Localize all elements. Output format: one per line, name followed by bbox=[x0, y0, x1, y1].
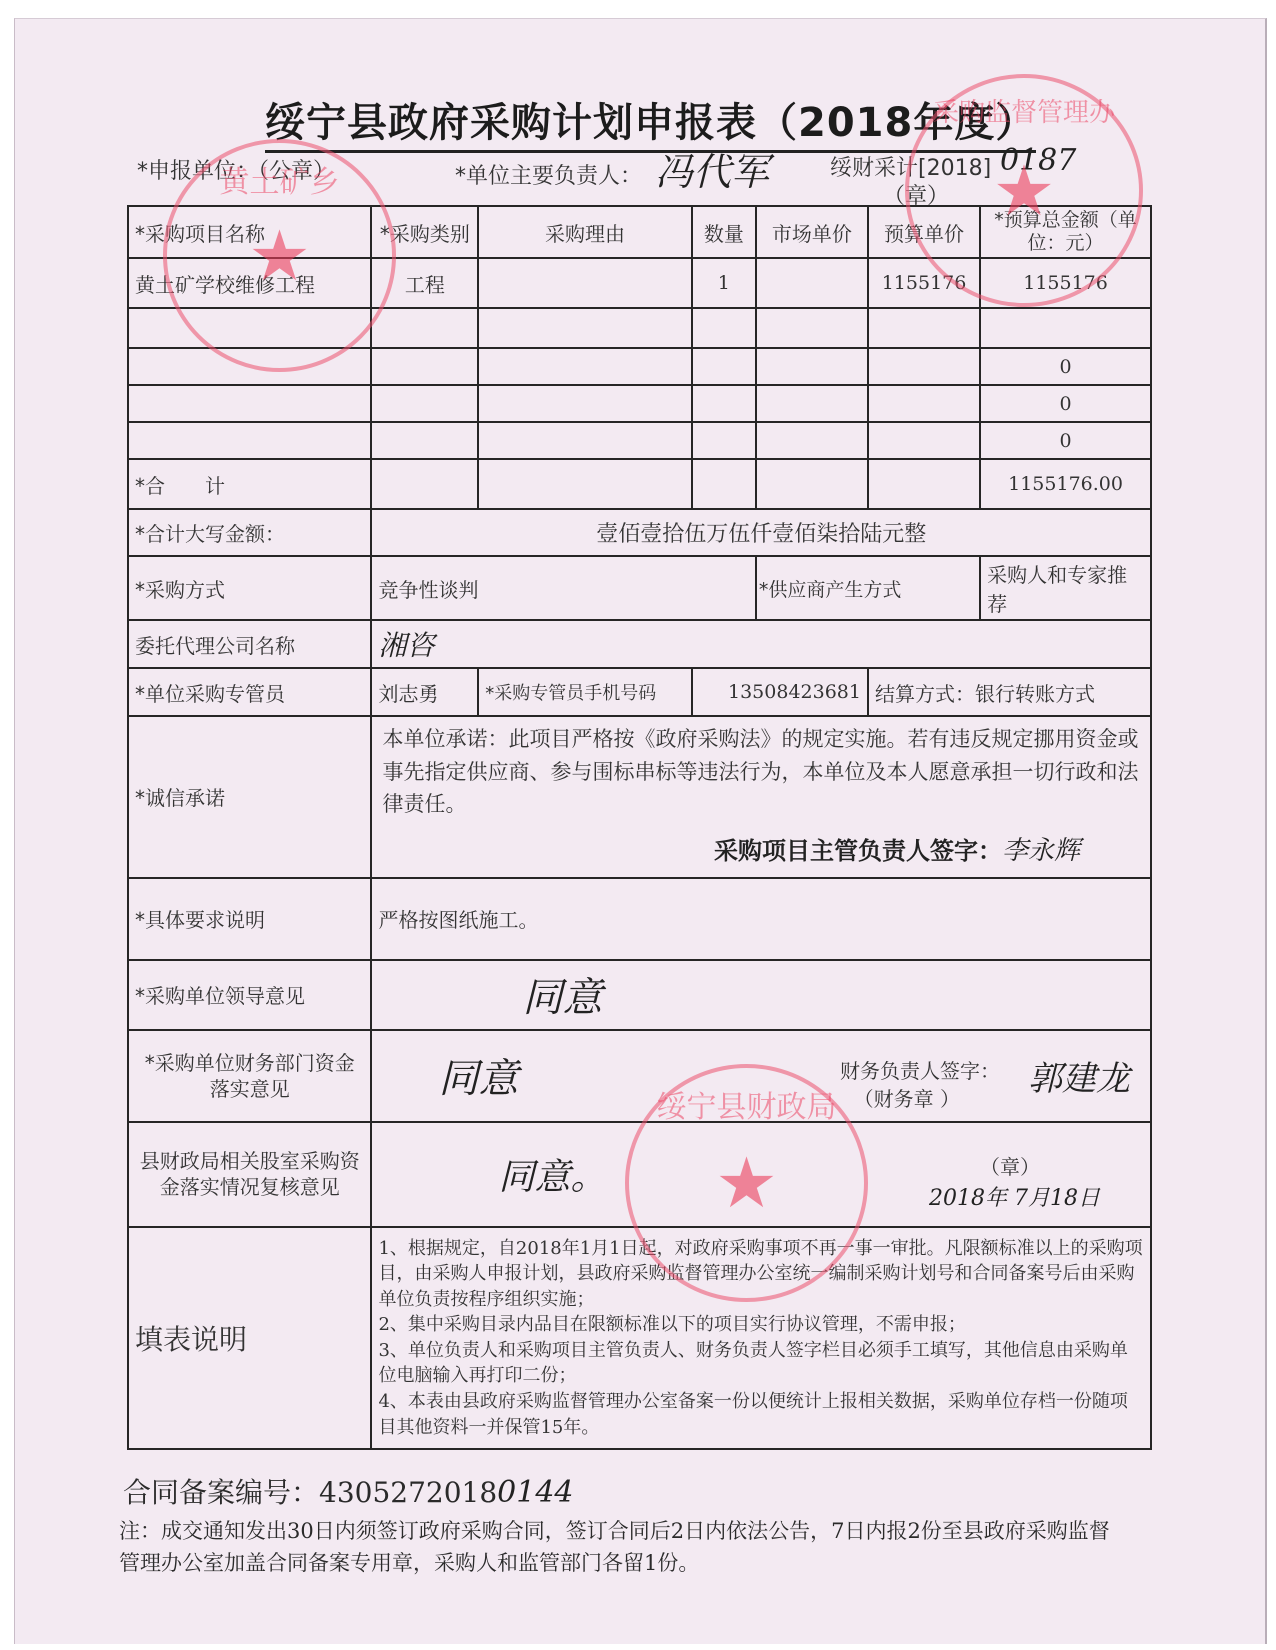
agency-value: 湘咨 bbox=[371, 620, 1151, 668]
officer-phone: 13508423681 bbox=[692, 668, 868, 716]
settlement-method: 结算方式：银行转账方式 bbox=[868, 668, 1151, 716]
total-label: *合 计 bbox=[128, 459, 371, 509]
integrity-label: *诚信承诺 bbox=[128, 716, 371, 878]
item-quantity: 1 bbox=[692, 258, 756, 308]
supplier-method-value: 采购人和专家推荐 bbox=[980, 556, 1151, 620]
item-category bbox=[371, 385, 478, 422]
finance-opinion-label: *采购单位财务部门资金落实意见 bbox=[128, 1030, 371, 1122]
total-in-words-label: *合计大写金额： bbox=[128, 509, 371, 556]
table-row: 0 bbox=[128, 348, 1151, 385]
table-row bbox=[128, 308, 1151, 348]
document-title: 绥宁县政府采购计划申报表（2018年度） bbox=[265, 91, 1036, 153]
contract-no-handwritten: 0144 bbox=[497, 1475, 573, 1510]
item-budget-total: 1155176 bbox=[980, 258, 1151, 308]
table-row: 0 bbox=[128, 385, 1151, 422]
leader-opinion-row: *采购单位领导意见 同意 bbox=[128, 960, 1151, 1030]
bureau-opinion: 同意。 bbox=[378, 1157, 606, 1198]
header-quantity: 数量 bbox=[692, 206, 756, 258]
finance-stamp-label: （财务章 ） bbox=[854, 1083, 960, 1112]
item-budget-price bbox=[868, 385, 980, 422]
footer-note: 注：成交通知发出30日内须签订政府采购合同，签订合同后2日内依法公告，7日内报2… bbox=[119, 1516, 1129, 1579]
item-name bbox=[128, 308, 371, 348]
plan-number-prefix: 绥财采计[2018] bbox=[830, 151, 991, 182]
plan-number-handwritten: 0187 bbox=[1000, 143, 1076, 178]
item-budget-total: 0 bbox=[980, 385, 1151, 422]
item-budget-price bbox=[868, 348, 980, 385]
instruction-item: 2、集中采购目录内品目在限额标准以下的项目实行协议管理，不需申报； bbox=[378, 1312, 1144, 1338]
total-value: 1155176.00 bbox=[980, 459, 1151, 509]
instruction-item: 4、本表由县政府采购监督管理办公室备案一份以便统计上报相关数据，采购单位存档一份… bbox=[378, 1389, 1144, 1440]
item-market-price bbox=[756, 258, 868, 308]
contract-no-label: 合同备案编号： bbox=[123, 1476, 319, 1509]
instruction-item: 1、根据规定，自2018年1月1日起，对政府采购事项不再一事一审批。凡限额标准以… bbox=[378, 1236, 1144, 1313]
integrity-signature: 李永辉 bbox=[1002, 836, 1080, 866]
instructions-label: 填表说明 bbox=[128, 1227, 371, 1449]
integrity-text: 本单位承诺：此项目严格按《政府采购法》的规定实施。若有违反规定挪用资金或事先指定… bbox=[382, 723, 1140, 821]
finance-opinion: 同意 bbox=[378, 1056, 518, 1102]
item-quantity bbox=[692, 385, 756, 422]
requirements-row: *具体要求说明 严格按图纸施工。 bbox=[128, 878, 1151, 960]
procurement-form-table: *采购项目名称 *采购类别 采购理由 数量 市场单价 预算单价 *预算总金额（单… bbox=[127, 205, 1152, 1450]
procurement-method-label: *采购方式 bbox=[128, 556, 371, 620]
finance-signature: 郭建龙 bbox=[1028, 1051, 1130, 1100]
table-row: 0 bbox=[128, 422, 1151, 459]
item-reason bbox=[478, 422, 692, 459]
bureau-stamp-label: （章） bbox=[980, 1151, 1040, 1180]
item-market-price bbox=[756, 308, 868, 348]
finance-opinion-row: *采购单位财务部门资金落实意见 同意 财务负责人签字： （财务章 ） 郭建龙 bbox=[128, 1030, 1151, 1122]
item-budget-price: 1155176 bbox=[868, 258, 980, 308]
officer-phone-label: *采购专管员手机号码 bbox=[478, 668, 692, 716]
item-quantity bbox=[692, 348, 756, 385]
item-market-price bbox=[756, 348, 868, 385]
contract-number-line: 合同备案编号：43052720180144 bbox=[123, 1471, 574, 1511]
total-in-words-row: *合计大写金额： 壹佰壹拾伍万伍仟壹佰柒拾陆元整 bbox=[128, 509, 1151, 556]
bureau-opinion-row: 县财政局相关股室采购资金落实情况复核意见 同意。 （章） 2018年 7月18日 bbox=[128, 1122, 1151, 1227]
item-reason bbox=[478, 385, 692, 422]
officer-row: *单位采购专管员 刘志勇 *采购专管员手机号码 13508423681 结算方式… bbox=[128, 668, 1151, 716]
item-name: 黄土矿学校维修工程 bbox=[128, 258, 371, 308]
leader-opinion-label: *采购单位领导意见 bbox=[128, 960, 371, 1030]
header-market-price: 市场单价 bbox=[756, 206, 868, 258]
item-name bbox=[128, 385, 371, 422]
integrity-cell: 本单位承诺：此项目严格按《政府采购法》的规定实施。若有违反规定挪用资金或事先指定… bbox=[371, 716, 1151, 878]
officer-label: *单位采购专管员 bbox=[128, 668, 371, 716]
supplier-method-label: *供应商产生方式 bbox=[756, 556, 980, 620]
item-budget-price bbox=[868, 422, 980, 459]
procurement-method-value: 竞争性谈判 bbox=[371, 556, 755, 620]
integrity-row: *诚信承诺 本单位承诺：此项目严格按《政府采购法》的规定实施。若有违反规定挪用资… bbox=[128, 716, 1151, 878]
header-budget-total: *预算总金额（单位：元） bbox=[980, 206, 1151, 258]
item-name bbox=[128, 422, 371, 459]
finance-opinion-cell: 同意 财务负责人签字： （财务章 ） 郭建龙 bbox=[371, 1030, 1151, 1122]
integrity-sign-line: 采购项目主管负责人签字：李永辉 bbox=[382, 831, 1140, 871]
procurement-method-row: *采购方式 竞争性谈判 *供应商产生方式 采购人和专家推荐 bbox=[128, 556, 1151, 620]
header-reason: 采购理由 bbox=[478, 206, 692, 258]
item-name bbox=[128, 348, 371, 385]
item-market-price bbox=[756, 385, 868, 422]
officer-name: 刘志勇 bbox=[371, 668, 478, 716]
finance-sign-label: 财务负责人签字： bbox=[840, 1055, 1000, 1084]
item-budget-total: 0 bbox=[980, 348, 1151, 385]
item-reason bbox=[478, 348, 692, 385]
item-category bbox=[371, 308, 478, 348]
leader-opinion: 同意 bbox=[371, 960, 1151, 1030]
requirements-text: 严格按图纸施工。 bbox=[371, 878, 1151, 960]
unit-head-signature: 冯代军 bbox=[655, 141, 769, 196]
integrity-sign-label: 采购项目主管负责人签字： bbox=[714, 836, 1002, 865]
unit-head-label: *单位主要负责人： bbox=[455, 159, 642, 190]
item-category bbox=[371, 348, 478, 385]
header-item-name: *采购项目名称 bbox=[128, 206, 371, 258]
total-row: *合 计 1155176.00 bbox=[128, 459, 1151, 509]
scanned-page: 绥宁县政府采购计划申报表（2018年度） *申报单位：（公章） *单位主要负责人… bbox=[14, 18, 1267, 1644]
item-budget-total bbox=[980, 308, 1151, 348]
instructions-cell: 1、根据规定，自2018年1月1日起，对政府采购事项不再一事一审批。凡限额标准以… bbox=[371, 1227, 1151, 1449]
requirements-label: *具体要求说明 bbox=[128, 878, 371, 960]
item-budget-price bbox=[868, 308, 980, 348]
item-quantity bbox=[692, 422, 756, 459]
table-row: 黄土矿学校维修工程 工程 1 1155176 1155176 bbox=[128, 258, 1151, 308]
item-budget-total: 0 bbox=[980, 422, 1151, 459]
bureau-opinion-label: 县财政局相关股室采购资金落实情况复核意见 bbox=[128, 1122, 371, 1227]
item-market-price bbox=[756, 422, 868, 459]
bureau-date: 2018年 7月18日 bbox=[929, 1181, 1100, 1212]
total-in-words: 壹佰壹拾伍万伍仟壹佰柒拾陆元整 bbox=[371, 509, 1151, 556]
item-category bbox=[371, 422, 478, 459]
header-category: *采购类别 bbox=[371, 206, 478, 258]
agency-label: 委托代理公司名称 bbox=[128, 620, 371, 668]
header-budget-price: 预算单价 bbox=[868, 206, 980, 258]
items-header-row: *采购项目名称 *采购类别 采购理由 数量 市场单价 预算单价 *预算总金额（单… bbox=[128, 206, 1151, 258]
bureau-opinion-cell: 同意。 （章） 2018年 7月18日 bbox=[371, 1122, 1151, 1227]
item-quantity bbox=[692, 308, 756, 348]
item-category: 工程 bbox=[371, 258, 478, 308]
item-reason bbox=[478, 258, 692, 308]
contract-no-printed: 4305272018 bbox=[319, 1476, 497, 1509]
item-reason bbox=[478, 308, 692, 348]
applicant-unit-label: *申报单位：（公章） bbox=[137, 154, 335, 185]
instruction-item: 3、单位负责人和采购项目主管负责人、财务负责人签字栏目必须手工填写，其他信息由采… bbox=[378, 1338, 1144, 1389]
agency-row: 委托代理公司名称 湘咨 bbox=[128, 620, 1151, 668]
instructions-row: 填表说明 1、根据规定，自2018年1月1日起，对政府采购事项不再一事一审批。凡… bbox=[128, 1227, 1151, 1449]
